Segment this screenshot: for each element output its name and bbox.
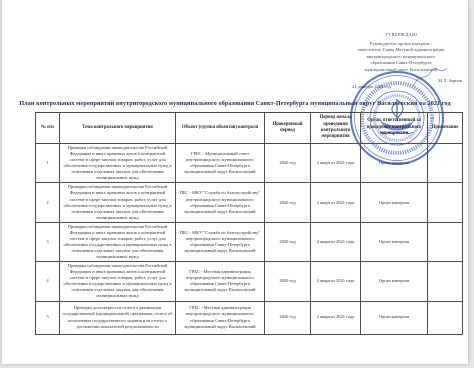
cell-num: 4 xyxy=(36,262,60,301)
table-row: 4 Проверка соблюдения законодательства Р… xyxy=(36,262,463,301)
cell-num: 5 xyxy=(36,301,60,334)
cell-theme: Проверка достоверности отчета о реализац… xyxy=(60,301,176,334)
col-header-num: № п/п xyxy=(36,113,60,144)
cell-theme: Проверка соблюдения законодательства Рос… xyxy=(60,144,176,183)
control-plan-table: № п/п Тема контрольного мероприятия Объе… xyxy=(35,112,463,335)
cell-theme: Проверка соблюдения законодательства Рос… xyxy=(60,262,176,301)
col-header-theme: Тема контрольного мероприятия xyxy=(60,113,176,144)
cell-note xyxy=(428,222,463,261)
cell-theme: Проверка соблюдения законодательства Рос… xyxy=(60,183,176,222)
cell-num: 2 xyxy=(36,183,60,222)
document-page: УТВЕРЖДАЮ Руководитель органа контроля -… xyxy=(2,0,468,364)
col-header-object: Объект (группа объектов) контроля xyxy=(176,113,265,144)
cell-start: 2 квартал 2021 года xyxy=(311,301,361,334)
approval-heading: УТВЕРЖДАЮ xyxy=(332,32,470,39)
cell-object: ГРБС - Муниципальный совет внутригородск… xyxy=(176,144,265,183)
cell-period: 2020 год xyxy=(265,301,311,334)
cell-object: ПБС - МКУ "Служба по благоустройству" вн… xyxy=(176,183,265,222)
cell-start: 2 квартал 2021 года xyxy=(311,183,361,222)
cell-note xyxy=(428,301,463,334)
cell-object: ПБС - МКУ "Служба по благоустройству" вн… xyxy=(176,222,265,261)
cell-num: 1 xyxy=(36,144,60,183)
cell-period: 2020 год xyxy=(265,262,311,301)
cell-organ: Орган контроля xyxy=(361,222,428,261)
cell-note xyxy=(428,183,463,222)
cell-start: 2 квартал 2021 года xyxy=(311,222,361,261)
cell-start: 2 квартал 2021 года xyxy=(311,262,361,301)
cell-num: 3 xyxy=(36,222,60,261)
table-row: 5 Проверка достоверности отчета о реализ… xyxy=(36,301,463,334)
col-header-start: Период начала проведения контрольного ме… xyxy=(311,113,361,144)
table-row: 1 Проверка соблюдения законодательства Р… xyxy=(36,144,463,183)
cell-period: 2020 год xyxy=(265,144,311,183)
cell-organ: Орган контроля xyxy=(361,262,428,301)
cell-organ: Орган контроля xyxy=(361,301,428,334)
cell-note xyxy=(428,262,463,301)
cell-note xyxy=(428,144,463,183)
col-header-note: Примечание xyxy=(428,113,463,144)
cell-organ: Орган контроля xyxy=(361,144,428,183)
cell-period: 2020 год xyxy=(265,183,311,222)
table-header-row: № п/п Тема контрольного мероприятия Объе… xyxy=(36,113,463,144)
cell-organ: Орган контроля xyxy=(361,183,428,222)
cell-period: 2020 год xyxy=(265,222,311,261)
cell-start: 2 квартал 2021 года xyxy=(311,144,361,183)
col-header-period: Проверяемый период xyxy=(265,113,311,144)
col-header-organ: Орган, ответственный за проведение контр… xyxy=(361,113,428,144)
cell-object: ГРБС - Местная администрация внутригород… xyxy=(176,262,265,301)
cell-object: ГРБС - Местная администрация внутригород… xyxy=(176,301,265,334)
document-title: План контрольных мероприятий внутригород… xyxy=(12,101,458,107)
table-row: 3 Проверка соблюдения законодательства Р… xyxy=(36,222,463,261)
table-row: 2 Проверка соблюдения законодательства Р… xyxy=(36,183,463,222)
cell-theme: Проверка соблюдения законодательства Рос… xyxy=(60,222,176,261)
